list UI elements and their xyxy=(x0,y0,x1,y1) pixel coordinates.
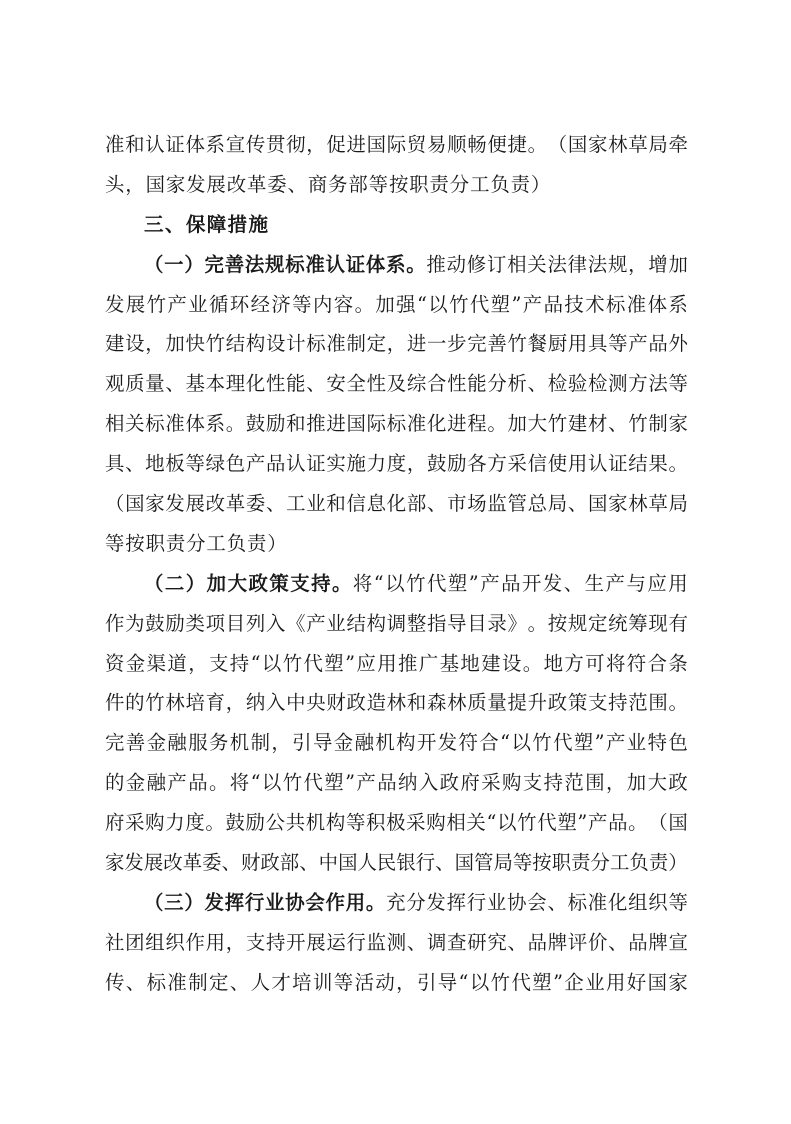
text-char: 采 xyxy=(406,803,425,843)
text-char: 广 xyxy=(419,644,438,684)
text-char: 法 xyxy=(648,364,667,404)
text-char: 建 xyxy=(568,404,587,444)
text-char: 、 xyxy=(528,364,547,404)
subsection-title-char: 法 xyxy=(245,245,264,285)
text-char: 塑 xyxy=(324,644,343,684)
text-char: 建 xyxy=(105,324,124,364)
text-char: 和 xyxy=(286,404,305,444)
text-char: 资 xyxy=(105,644,124,684)
text-char: 导 xyxy=(313,723,332,763)
text-char: 持 xyxy=(544,763,563,803)
text-char: 、 xyxy=(230,963,249,1003)
text-char: 、 xyxy=(547,883,566,923)
text-char: 力 xyxy=(367,444,386,484)
text-char: 采 xyxy=(508,444,527,484)
text-char: 类 xyxy=(186,604,205,644)
text-char: 体 xyxy=(186,404,205,444)
text-char: 信 xyxy=(347,484,366,524)
text-char: 、 xyxy=(165,364,184,404)
text-char: 产 xyxy=(606,564,625,604)
subsection-title-char: ） xyxy=(184,245,203,285)
text-char: 和 xyxy=(407,683,426,723)
text-char: 竹 xyxy=(491,963,510,1003)
text-char: 才 xyxy=(271,963,290,1003)
text-char: （ xyxy=(648,803,667,843)
text-char: 加 xyxy=(375,285,394,325)
text-char: 按 xyxy=(532,843,551,883)
text-char: 采 xyxy=(481,763,500,803)
text-char: 行 xyxy=(467,883,486,923)
text-char: 一 xyxy=(427,324,446,364)
text-char: 施 xyxy=(249,205,269,245)
text-char: 设 xyxy=(125,324,144,364)
text-char: 大 xyxy=(528,404,547,444)
text-char: 购 xyxy=(426,803,445,843)
text-char: 地 xyxy=(544,644,563,684)
text-line: 作为鼓励类项目列入《产业结构调整指导目录》。按规定统筹现有 xyxy=(105,604,688,644)
text-char: 监 xyxy=(367,923,386,963)
text-char: 济 xyxy=(271,285,290,325)
text-char: 升 xyxy=(528,683,547,723)
text-char: 金 xyxy=(147,723,166,763)
text-char: 发 xyxy=(543,564,562,604)
text-char: ” xyxy=(511,285,521,325)
text-char: 围 xyxy=(648,683,667,723)
text-char: 产 xyxy=(246,444,265,484)
text-char: 方 xyxy=(628,364,647,404)
text-char: 完 xyxy=(467,324,486,364)
text-char: 性 xyxy=(447,364,466,404)
text-char: 共 xyxy=(286,803,305,843)
text-char: 应 xyxy=(356,644,375,684)
text-char: 综 xyxy=(407,364,426,404)
text-char: 改 xyxy=(163,843,182,883)
text-char: 家 xyxy=(669,404,688,444)
text-char: 基 xyxy=(186,364,205,404)
text-char: 产 xyxy=(356,763,375,803)
text-char: 入 xyxy=(419,763,438,803)
text-char: 录 xyxy=(487,604,506,644)
text-char: 应 xyxy=(647,564,666,604)
text-char: 分 xyxy=(186,524,205,564)
text-char: 内 xyxy=(313,285,332,325)
text-char: 务 xyxy=(209,723,228,763)
subsection-title-char: （ xyxy=(144,564,163,604)
text-char: 标 xyxy=(147,963,166,1003)
text-char: 品 xyxy=(377,763,396,803)
text-char: 竹 xyxy=(517,803,536,843)
text-char: 步 xyxy=(447,324,466,364)
subsection-title-char: 挥 xyxy=(225,883,244,923)
text-char: ， xyxy=(306,125,325,165)
text-char: 活 xyxy=(355,963,374,1003)
text-char: 增 xyxy=(648,245,667,285)
text-char: 系 xyxy=(668,285,687,325)
text-line: 等按职责分工负责） xyxy=(105,524,688,564)
text-char: 织 xyxy=(648,883,667,923)
text-char: 方 xyxy=(487,444,506,484)
text-char: 按 xyxy=(125,524,144,564)
text-char: 业 xyxy=(627,723,646,763)
text-char: 监 xyxy=(487,484,506,524)
text-char: 等 xyxy=(669,364,688,404)
text-char: 业 xyxy=(306,484,325,524)
text-char: 施 xyxy=(347,444,366,484)
text-char: 工 xyxy=(470,165,489,205)
text-char: 经 xyxy=(251,285,270,325)
text-char: 使 xyxy=(548,444,567,484)
text-char: 国 xyxy=(146,165,165,205)
text-char: 合 xyxy=(427,364,446,404)
text-char: 塑 xyxy=(448,564,467,604)
text-char: 完 xyxy=(105,723,124,763)
subsection-title-char: ） xyxy=(184,883,203,923)
text-char: 。 xyxy=(628,803,647,843)
text-char: 性 xyxy=(367,364,386,404)
subsection-title-char: 协 xyxy=(285,883,304,923)
text-char: （ xyxy=(105,484,124,524)
text-char: 负 xyxy=(629,843,648,883)
document-body: 准和认证体系宣传贯彻，促进国际贸易顺畅便捷。（国家林草局牵 头，国家发展改革委、… xyxy=(105,125,688,1003)
text-char: 大 xyxy=(648,763,667,803)
text-char: 。 xyxy=(355,285,374,325)
text-char: 入 xyxy=(266,683,285,723)
text-char: 渠 xyxy=(147,644,166,684)
text-char: 府 xyxy=(460,763,479,803)
text-char: 金 xyxy=(126,763,145,803)
text-char: 开 xyxy=(522,564,541,604)
text-char: 统 xyxy=(608,604,627,644)
subsection-title-char: 。 xyxy=(332,564,351,604)
text-char: 等 xyxy=(608,324,627,364)
text-char: 检 xyxy=(548,364,567,404)
text-char: 家 xyxy=(588,125,607,165)
text-char: 工 xyxy=(610,843,629,883)
text-char: 采 xyxy=(125,803,144,843)
text-char: 合 xyxy=(648,644,667,684)
text-char: 。 xyxy=(528,604,547,644)
text-char: 。 xyxy=(209,763,228,803)
text-char: 场 xyxy=(467,484,486,524)
text-char: 订 xyxy=(487,245,506,285)
text-char: 。 xyxy=(523,644,542,684)
text-char: ， xyxy=(188,644,207,684)
text-char: 外 xyxy=(669,324,688,364)
text-char: 符 xyxy=(459,723,478,763)
text-char: 训 xyxy=(313,963,332,1003)
text-line: 社团组织作用，支持开展运行监测、调查研究、品牌评价、品牌宣 xyxy=(105,923,688,963)
subsection-title-char: 系 xyxy=(386,245,405,285)
text-char: 定 xyxy=(209,963,228,1003)
text-char: 以 xyxy=(262,644,281,684)
text-char: 部 xyxy=(280,843,299,883)
text-char: 筹 xyxy=(628,604,647,644)
subsection-title-char: 策 xyxy=(269,564,288,604)
text-char: 各 xyxy=(467,444,486,484)
text-char: 关 xyxy=(466,803,485,843)
text-char: 组 xyxy=(628,883,647,923)
text-char: 持 xyxy=(608,683,627,723)
text-char: ， xyxy=(271,723,290,763)
text-char: 励 xyxy=(266,404,285,444)
text-char: ， xyxy=(387,324,406,364)
text-char: 准 xyxy=(326,324,345,364)
text-line: 观质量、基本理化性能、安全性及综合性能分析、检验检测方法等 xyxy=(105,364,688,404)
text-char: 国 xyxy=(668,803,687,843)
text-char: 业 xyxy=(487,883,506,923)
text-char: 度 xyxy=(387,444,406,484)
text-char: 鼓 xyxy=(246,404,265,444)
text-char: 动 xyxy=(447,245,466,285)
text-char: 信 xyxy=(528,444,547,484)
text-char: 委 xyxy=(246,484,265,524)
text-char: 法 xyxy=(588,245,607,285)
text-char: 加 xyxy=(668,245,687,285)
subsection-title-char: 发 xyxy=(205,883,224,923)
text-char: 竹 xyxy=(548,404,567,444)
text-char: 委 xyxy=(202,843,221,883)
text-char: 传 xyxy=(105,963,124,1003)
text-char: 检 xyxy=(588,364,607,404)
text-char: 牌 xyxy=(548,923,567,963)
text-char: 总 xyxy=(528,484,547,524)
text-char: 道 xyxy=(167,644,186,684)
text-char: 展 xyxy=(144,843,163,883)
text-char: 具 xyxy=(105,444,124,484)
text-char: 为 xyxy=(125,604,144,644)
text-char: 融 xyxy=(147,763,166,803)
text-char: 定 xyxy=(367,324,386,364)
text-char: 进 xyxy=(407,324,426,364)
text-char: 政 xyxy=(260,843,279,883)
text-char: 构 xyxy=(396,723,415,763)
subsection-title-char: 三 xyxy=(164,883,183,923)
text-char: 整 xyxy=(407,604,426,644)
text-char: 。 xyxy=(487,404,506,444)
text-char: ， xyxy=(628,245,647,285)
text-char: 团 xyxy=(125,923,144,963)
text-char: 中 xyxy=(319,843,338,883)
text-char: 等 xyxy=(369,165,388,205)
text-char: 国 xyxy=(125,484,144,524)
text-char: 以 xyxy=(428,285,447,325)
text-char: 贸 xyxy=(407,125,426,165)
text-char: 色 xyxy=(668,723,687,763)
text-char: 体 xyxy=(186,125,205,165)
text-char: 林 xyxy=(447,683,466,723)
text-char: 分 xyxy=(591,843,610,883)
text-char: 家 xyxy=(166,165,185,205)
text-char: 件 xyxy=(105,683,124,723)
text-char: 安 xyxy=(326,364,345,404)
text-char: ， xyxy=(226,683,245,723)
text-char: 协 xyxy=(507,883,526,923)
subsection-start-line: （一）完善法规标准认证体系。推动修订相关法律法规，增加 xyxy=(105,245,688,285)
text-char: 制 xyxy=(648,404,667,444)
text-char: 竹 xyxy=(206,324,225,364)
text-char: 分 xyxy=(450,165,469,205)
text-char: 技 xyxy=(564,285,583,325)
text-char: 化 xyxy=(387,484,406,524)
text-char: 实 xyxy=(326,444,345,484)
text-char: 传 xyxy=(246,125,265,165)
text-char: “ xyxy=(459,963,469,1003)
text-char: 开 xyxy=(417,723,436,763)
text-char: 》 xyxy=(508,604,527,644)
text-char: 支 xyxy=(588,683,607,723)
text-char: 政 xyxy=(548,683,567,723)
text-char: 结 xyxy=(628,444,647,484)
text-line: 头，国家发展改革委、商务部等按职责分工负责） xyxy=(105,165,688,205)
text-char: 制 xyxy=(188,963,207,1003)
text-char: 用 xyxy=(206,923,225,963)
text-char: 以 xyxy=(385,564,404,604)
text-char: 、 xyxy=(564,564,583,604)
subsection-title-char: 体 xyxy=(366,245,385,285)
text-line: 府采购力度。鼓励公共机构等积极采购相关“以竹代塑”产品。（国 xyxy=(105,803,688,843)
text-char: 竹 xyxy=(508,324,527,364)
text-char: 、 xyxy=(306,364,325,404)
text-char: 研 xyxy=(467,923,486,963)
text-char: 机 xyxy=(230,723,249,763)
text-char: “ xyxy=(486,803,496,843)
text-char: 局 xyxy=(648,125,667,165)
subsection-title-char: 二 xyxy=(165,564,184,604)
text-char: 鼓 xyxy=(145,604,164,644)
text-char: 竹 xyxy=(283,763,302,803)
text-char: 容 xyxy=(334,285,353,325)
text-char: 项 xyxy=(206,604,225,644)
text-char: 展 xyxy=(206,165,225,205)
text-char: 职 xyxy=(552,843,571,883)
text-char: 评 xyxy=(568,923,587,963)
text-char: 织 xyxy=(165,923,184,963)
text-char: 会 xyxy=(527,883,546,923)
text-char: 验 xyxy=(568,364,587,404)
text-char: 际 xyxy=(367,404,386,444)
text-char: 等 xyxy=(346,803,365,843)
text-char: 量 xyxy=(487,683,506,723)
text-char: 发 xyxy=(438,723,457,763)
text-char: 顺 xyxy=(447,125,466,165)
text-char: 竹 xyxy=(628,404,647,444)
text-char: 、 xyxy=(165,205,185,245)
subsection-title-char: 加 xyxy=(207,564,226,604)
text-char: 证 xyxy=(165,125,184,165)
text-char: 金 xyxy=(334,723,353,763)
text-char: 调 xyxy=(387,604,406,644)
text-char: 加 xyxy=(165,324,184,364)
subsection-title-char: 标 xyxy=(285,245,304,285)
text-char: 化 xyxy=(427,404,446,444)
text-char: 森 xyxy=(427,683,446,723)
text-char: 规 xyxy=(568,604,587,644)
text-char: 负 xyxy=(227,524,246,564)
text-char: 、 xyxy=(126,963,145,1003)
text-char: ） xyxy=(267,524,286,564)
text-char: 。 xyxy=(205,803,224,843)
text-char: 标 xyxy=(145,404,164,444)
text-char: 现 xyxy=(648,604,667,644)
text-char: 有 xyxy=(669,604,688,644)
text-char: 发 xyxy=(124,843,143,883)
text-char: 、 xyxy=(288,165,307,205)
text-char: 化 xyxy=(608,883,627,923)
text-char: 以 xyxy=(470,963,489,1003)
text-char: 计 xyxy=(286,324,305,364)
text-char: 。 xyxy=(528,125,547,165)
text-char: 、 xyxy=(222,843,241,883)
text-char: 材 xyxy=(588,404,607,444)
text-char: 以 xyxy=(497,803,516,843)
text-char: 府 xyxy=(105,803,124,843)
text-char: 企 xyxy=(564,963,583,1003)
subsection-title-char: 完 xyxy=(205,245,224,285)
text-char: 品 xyxy=(608,803,627,843)
text-char: 林 xyxy=(608,125,627,165)
text-char: 本 xyxy=(206,364,225,404)
subsection-title-char: （ xyxy=(144,245,163,285)
text-char: 业 xyxy=(188,285,207,325)
text-char: 家 xyxy=(668,963,687,1003)
text-line: 家发展改革委、财政部、中国人民银行、国管局等按职责分工负责） xyxy=(105,843,688,883)
text-char: 鼓 xyxy=(427,444,446,484)
text-char: 责 xyxy=(511,165,530,205)
text-char: 、 xyxy=(427,484,446,524)
text-char: 机 xyxy=(306,803,325,843)
text-char: 建 xyxy=(481,644,500,684)
text-char: 导 xyxy=(447,604,466,644)
text-char: 用 xyxy=(568,444,587,484)
text-char: ” xyxy=(345,644,355,684)
text-char: 造 xyxy=(367,683,386,723)
text-char: 全 xyxy=(347,364,366,404)
text-char: 观 xyxy=(105,364,124,404)
text-char: 际 xyxy=(387,125,406,165)
text-char: 革 xyxy=(226,484,245,524)
text-char: 、 xyxy=(407,923,426,963)
text-char: 、 xyxy=(266,484,285,524)
text-char: 。 xyxy=(226,404,245,444)
text-char: 开 xyxy=(286,923,305,963)
text-char: ） xyxy=(668,843,687,883)
text-char: 法 xyxy=(547,245,566,285)
text-char: 管 xyxy=(508,484,527,524)
text-char: 政 xyxy=(440,763,459,803)
text-char: 充 xyxy=(386,883,405,923)
text-char: 牵 xyxy=(669,125,688,165)
text-char: 结 xyxy=(347,604,366,644)
text-char: 品 xyxy=(544,285,563,325)
text-char: 引 xyxy=(417,963,436,1003)
text-char: 列 xyxy=(246,604,265,644)
text-char: 融 xyxy=(167,723,186,763)
text-char: 、 xyxy=(608,923,627,963)
text-char: 等 xyxy=(334,963,353,1003)
text-line: 相关标准体系。鼓励和推进国际标准化进程。加大竹建材、竹制家 xyxy=(105,404,688,444)
text-char: 支 xyxy=(209,644,228,684)
text-char: 购 xyxy=(145,803,164,843)
text-char: 产 xyxy=(606,723,625,763)
text-char: 责 xyxy=(430,165,449,205)
text-char: 家 xyxy=(105,843,124,883)
text-char: 人 xyxy=(251,963,270,1003)
text-char: 。 xyxy=(669,444,688,484)
text-char: 测 xyxy=(608,364,627,404)
text-char: 板 xyxy=(165,444,184,484)
text-char: 公 xyxy=(266,803,285,843)
text-char: 局 xyxy=(493,843,512,883)
